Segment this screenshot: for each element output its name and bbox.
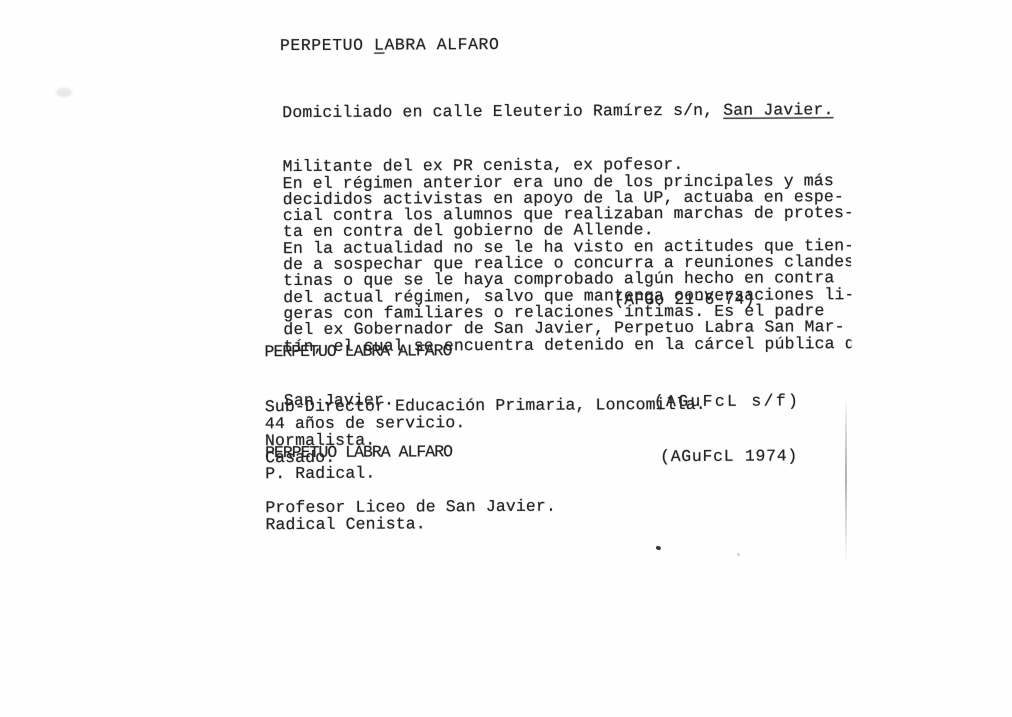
title-text-pre: PERPETUO: [280, 36, 374, 55]
scan-artifact-vertical-line: [845, 398, 847, 563]
title-underlined-letter: L: [374, 36, 385, 55]
section-entry-3: PERPETUO LABRA ALFARO Profesor Liceo de …: [265, 406, 556, 572]
address-city-underlined: San Javier.: [723, 100, 833, 120]
scan-artifact-speck: [737, 553, 740, 556]
citation-agufcl-sf: (AGuFcL s/f): [654, 391, 801, 411]
text-line: Radical Cenista.: [265, 515, 556, 533]
citation-agufcl-1974: (AGuFcL 1974): [660, 446, 798, 466]
scan-artifact-smudge: [56, 88, 72, 97]
section-2-heading: PERPETUO LABRA ALFARO: [264, 342, 705, 361]
title-text-post: ABRA ALFARO: [384, 35, 499, 55]
address-line: Domiciliado en calle Eleuterio Ramírez s…: [282, 102, 850, 121]
section-3-heading: PERPETUO LABRA ALFARO: [265, 444, 556, 462]
section-3-lines: Profesor Liceo de San Javier.Radical Cen…: [265, 499, 556, 534]
document-content: PERPETUO LABRA ALFARO Domiciliado en cal…: [0, 0, 1012, 717]
address-text: Domiciliado en calle Eleuterio Ramírez s…: [282, 101, 723, 122]
page-title: PERPETUO LABRA ALFARO: [280, 35, 500, 55]
scanned-document-page: PERPETUO LABRA ALFARO Domiciliado en cal…: [0, 0, 1012, 717]
